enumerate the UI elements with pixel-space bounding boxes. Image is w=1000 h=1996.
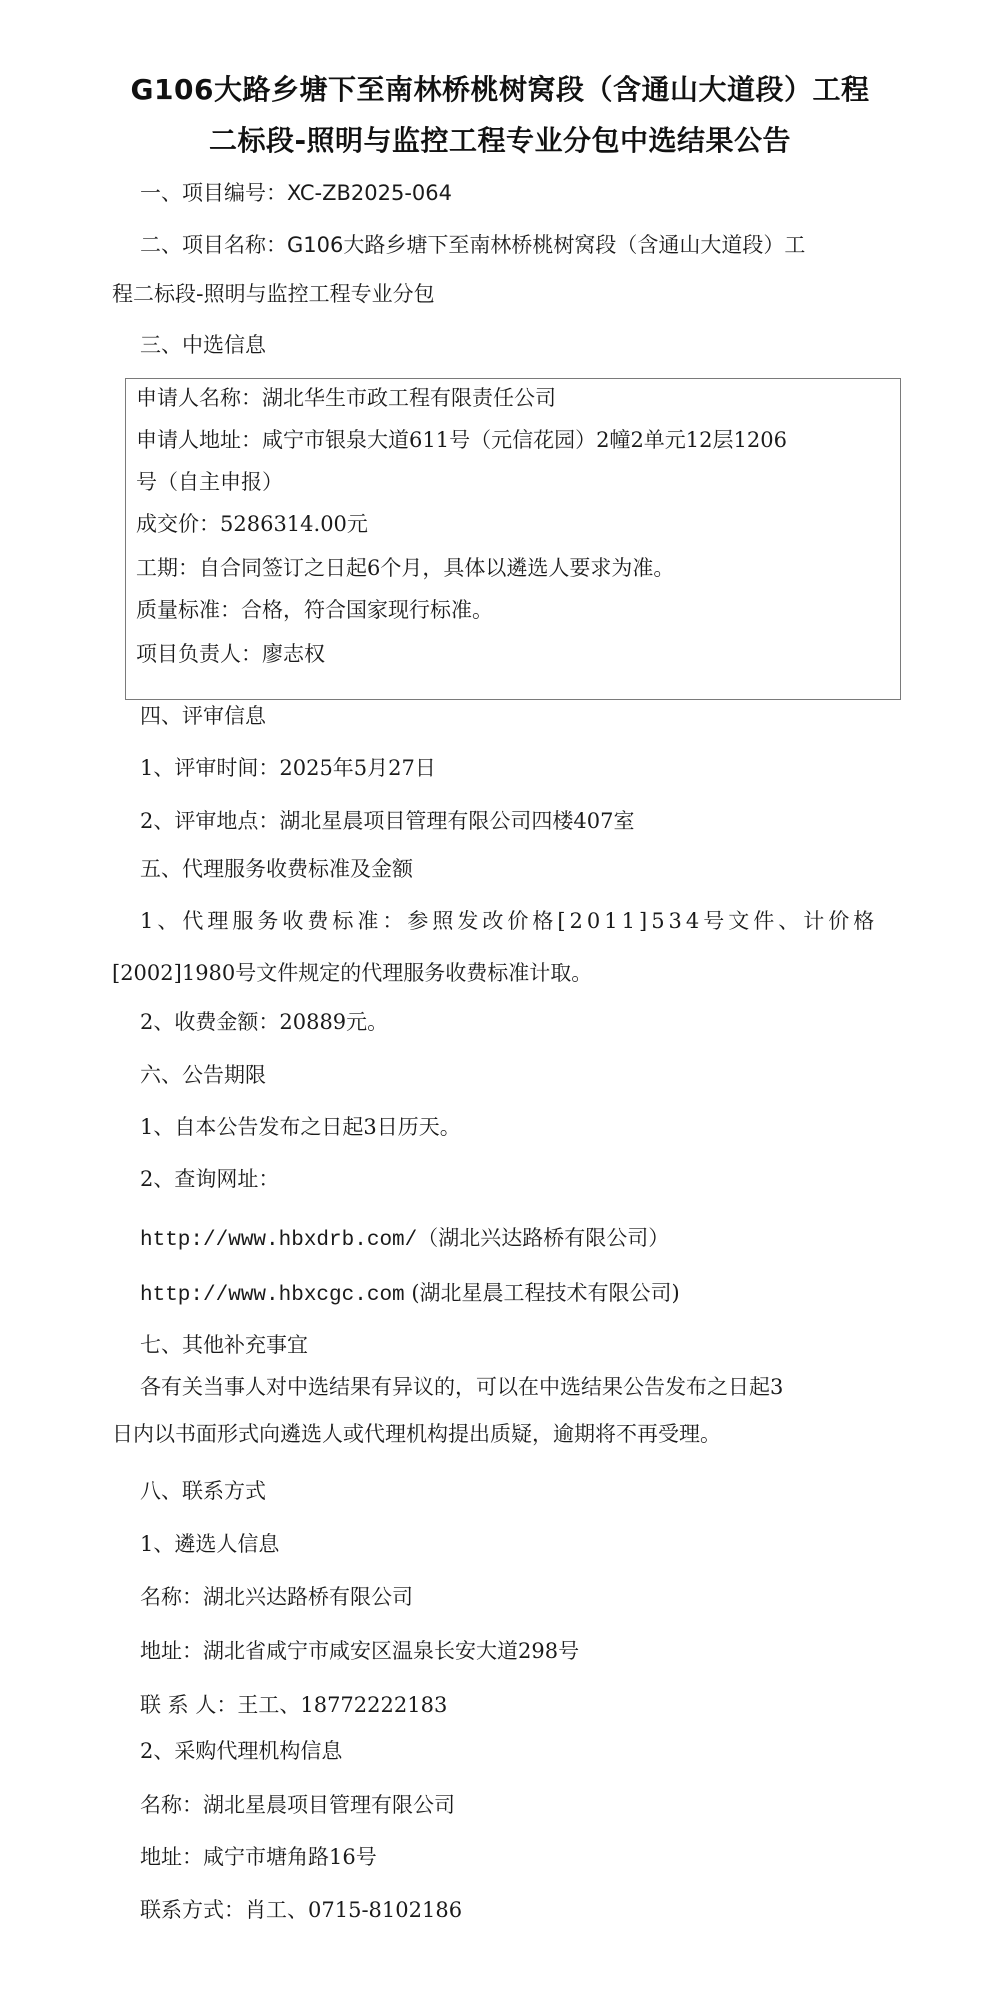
- selector-address: 地址：湖北省咸宁市咸安区温泉长安大道298号: [140, 1638, 579, 1664]
- query-link-hbxdrb[interactable]: http://www.hbxdrb.com/: [140, 1229, 417, 1252]
- review-place: 2、评审地点：湖北星晨项目管理有限公司四楼407室: [140, 808, 634, 834]
- query-link-org-1: （湖北兴达路桥有限公司）: [417, 1226, 669, 1250]
- objection-text-line2: 日内以书面形式向遴选人或代理机构提出质疑，逾期将不再受理。: [112, 1421, 721, 1447]
- section-heading-notice-period: 六、公告期限: [140, 1062, 266, 1088]
- review-time: 1、评审时间：2025年5月27日: [140, 755, 436, 781]
- agency-contact: 联系方式：肖工、0715-8102186: [140, 1897, 462, 1923]
- query-url-label: 2、查询网址：: [140, 1166, 279, 1192]
- query-link-row-2: http://www.hbxcgc.com (湖北星晨工程技术有限公司): [140, 1280, 680, 1309]
- document-title-line2: 二标段-照明与监控工程专业分包中选结果公告: [0, 124, 1000, 158]
- selector-name: 名称：湖北兴达路桥有限公司: [140, 1584, 413, 1610]
- applicant-address-line1: 申请人地址：咸宁市银泉大道611号（元信花园）2幢2单元12层1206: [136, 427, 787, 453]
- quality-standard: 质量标准：合格，符合国家现行标准。: [136, 597, 493, 623]
- objection-text-line1: 各有关当事人对中选结果有异议的，可以在中选结果公告发布之日起3: [140, 1374, 783, 1400]
- project-name-line2: 程二标段-照明与监控工程专业分包: [112, 281, 435, 307]
- agency-info-label: 2、采购代理机构信息: [140, 1738, 342, 1764]
- construction-period: 工期：自合同签订之日起6个月，具体以遴选人要求为准。: [136, 555, 674, 581]
- applicant-name: 申请人名称：湖北华生市政工程有限责任公司: [136, 385, 556, 411]
- agency-address: 地址：咸宁市塘角路16号: [140, 1844, 377, 1870]
- section-heading-other-matters: 七、其他补充事宜: [140, 1332, 308, 1358]
- document-title-line1: G106大路乡塘下至南林桥桃树窝段（含通山大道段）工程: [0, 73, 1000, 107]
- agency-name: 名称：湖北星晨项目管理有限公司: [140, 1792, 455, 1818]
- selector-info-label: 1、遴选人信息: [140, 1531, 279, 1557]
- query-link-hbxcgc[interactable]: http://www.hbxcgc.com: [140, 1284, 405, 1307]
- fee-standard-line2: [2002]1980号文件规定的代理服务收费标准计取。: [112, 960, 592, 986]
- project-name-line1: 二、项目名称：G106大路乡塘下至南林桥桃树窝段（含通山大道段）工: [140, 232, 805, 258]
- selector-contact: 联 系 人：王工、18772222183: [140, 1692, 447, 1718]
- fee-standard-line1: 1、代理服务收费标准：参照发改价格[2011]534号文件、计价格: [140, 908, 878, 934]
- query-link-org-2: (湖北星晨工程技术有限公司): [405, 1281, 680, 1305]
- section-heading-agency-fee: 五、代理服务收费标准及金额: [140, 856, 413, 882]
- query-link-row-1: http://www.hbxdrb.com/（湖北兴达路桥有限公司）: [140, 1225, 669, 1254]
- section-heading-contact: 八、联系方式: [140, 1478, 266, 1504]
- applicant-address-line2: 号（自主申报）: [136, 469, 283, 495]
- section-heading-selection-info: 三、中选信息: [140, 332, 266, 358]
- fee-amount: 2、收费金额：20889元。: [140, 1009, 388, 1035]
- section-heading-review-info: 四、评审信息: [140, 703, 266, 729]
- project-number: 一、项目编号：XC-ZB2025-064: [140, 180, 452, 206]
- notice-period: 1、自本公告发布之日起3日历天。: [140, 1114, 461, 1140]
- project-manager: 项目负责人：廖志权: [136, 641, 325, 667]
- deal-price: 成交价：5286314.00元: [136, 511, 368, 537]
